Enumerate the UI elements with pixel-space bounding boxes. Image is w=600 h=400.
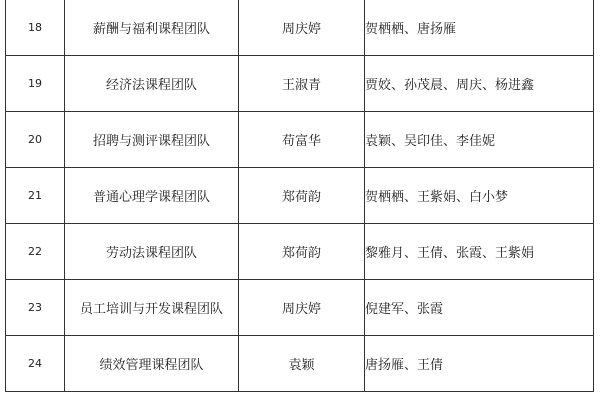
team-members-cell: 贺栖栖、唐扬雁 [365, 0, 594, 56]
table-row: 20 招聘与测评课程团队 苟富华 袁颖、吴印佳、李佳妮 [6, 112, 594, 168]
team-name-cell: 薪酬与福利课程团队 [65, 0, 239, 56]
team-members-cell: 贺栖栖、王紫娟、白小梦 [365, 168, 594, 224]
team-name-cell: 绩效管理课程团队 [65, 336, 239, 392]
team-name-cell: 招聘与测评课程团队 [65, 112, 239, 168]
table-row: 21 普通心理学课程团队 郑荷韵 贺栖栖、王紫娟、白小梦 [6, 168, 594, 224]
team-members-cell: 倪建军、张霞 [365, 280, 594, 336]
team-name-cell: 员工培训与开发课程团队 [65, 280, 239, 336]
team-leader-cell: 周庆婷 [239, 280, 365, 336]
table-row: 19 经济法课程团队 王淑青 贾姣、孙茂晨、周庆、杨进鑫 [6, 56, 594, 112]
table-row: 23 员工培训与开发课程团队 周庆婷 倪建军、张霞 [6, 280, 594, 336]
row-number-cell: 20 [6, 112, 65, 168]
team-members-cell: 黎雅月、王倩、张霞、王紫娟 [365, 224, 594, 280]
team-members-cell: 袁颖、吴印佳、李佳妮 [365, 112, 594, 168]
course-team-table: 18 薪酬与福利课程团队 周庆婷 贺栖栖、唐扬雁 19 经济法课程团队 王淑青 … [5, 0, 594, 392]
team-leader-cell: 郑荷韵 [239, 168, 365, 224]
row-number-cell: 18 [6, 0, 65, 56]
team-leader-cell: 苟富华 [239, 112, 365, 168]
team-name-cell: 经济法课程团队 [65, 56, 239, 112]
team-leader-cell: 郑荷韵 [239, 224, 365, 280]
table-row: 18 薪酬与福利课程团队 周庆婷 贺栖栖、唐扬雁 [6, 0, 594, 56]
team-members-cell: 唐扬雁、王倩 [365, 336, 594, 392]
table-row: 24 绩效管理课程团队 袁颖 唐扬雁、王倩 [6, 336, 594, 392]
team-leader-cell: 周庆婷 [239, 0, 365, 56]
row-number-cell: 21 [6, 168, 65, 224]
row-number-cell: 22 [6, 224, 65, 280]
row-number-cell: 23 [6, 280, 65, 336]
team-members-cell: 贾姣、孙茂晨、周庆、杨进鑫 [365, 56, 594, 112]
row-number-cell: 24 [6, 336, 65, 392]
team-name-cell: 普通心理学课程团队 [65, 168, 239, 224]
row-number-cell: 19 [6, 56, 65, 112]
team-leader-cell: 王淑青 [239, 56, 365, 112]
table-row: 22 劳动法课程团队 郑荷韵 黎雅月、王倩、张霞、王紫娟 [6, 224, 594, 280]
course-team-table-container: 18 薪酬与福利课程团队 周庆婷 贺栖栖、唐扬雁 19 经济法课程团队 王淑青 … [5, 0, 594, 392]
team-name-cell: 劳动法课程团队 [65, 224, 239, 280]
team-leader-cell: 袁颖 [239, 336, 365, 392]
